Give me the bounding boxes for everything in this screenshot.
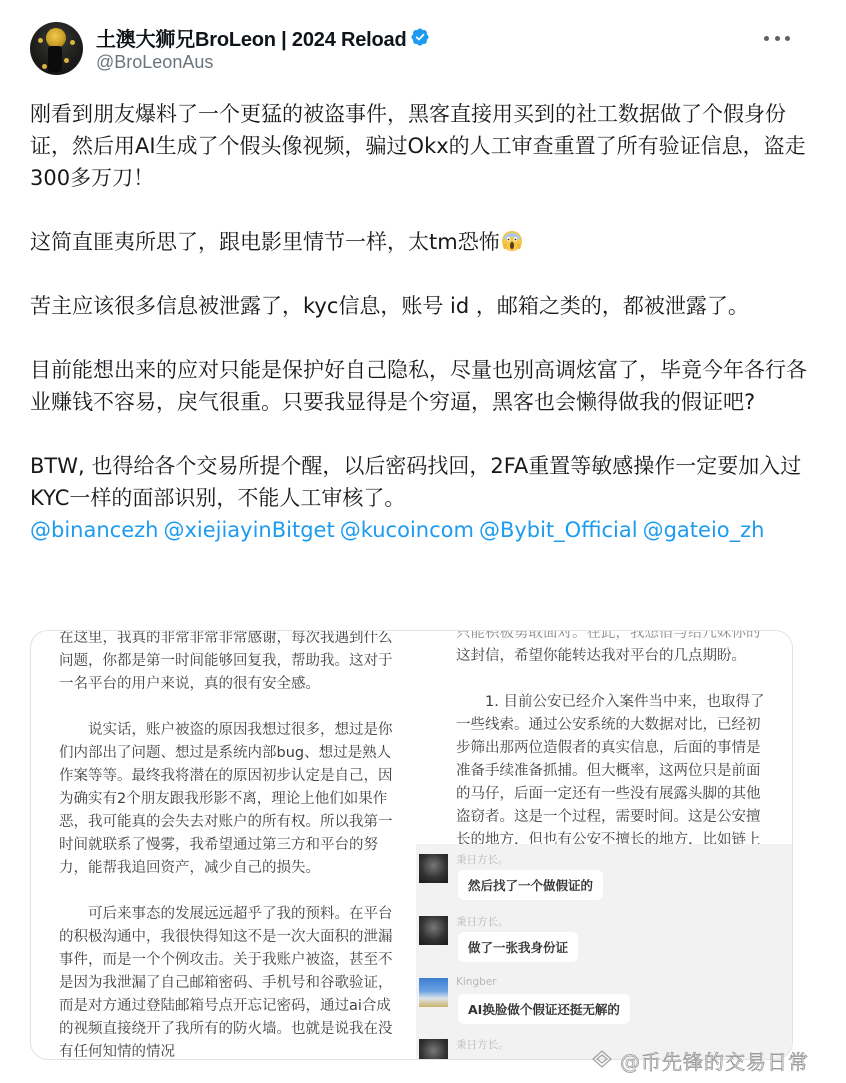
mention-link[interactable]: @kucoincom [340, 518, 474, 542]
lion-head-icon [46, 28, 66, 48]
letter-paragraph: 这封信，希望你能转达我对平台的几点期盼。 [456, 645, 771, 668]
letter-paragraph: 可后来事态的发展远远超乎了我的预料。在平台的积极沟通中，我很快得知这不是一次大面… [59, 903, 399, 1060]
chat-sender: 秉日方长。 [456, 852, 509, 867]
letter-screenshot-left: 在这里，我真的非常非常非常感谢，每次我遇到什么问题，你都是第一时间能够回复我，帮… [59, 630, 399, 1060]
mention-link[interactable]: @Bybit_Official [479, 518, 638, 542]
watermark-text: @币先锋的交易日常 [620, 1046, 809, 1075]
attached-image[interactable]: 在这里，我真的非常非常非常感谢，每次我遇到什么问题，你都是第一时间能够回复我，帮… [30, 630, 793, 1060]
tweet-paragraph: 目前能想出来的应对只能是保护好自己隐私，尽量也别高调炫富了，毕竟今年各行各业赚钱… [30, 354, 810, 418]
mention-link[interactable]: @xiejiayinBitget [163, 518, 334, 542]
tweet-text: 刚看到朋友爆料了一个更猛的被盗事件，黑客直接用买到的社工数据做了个假身份证，然后… [30, 98, 810, 546]
ellipsis-icon [764, 36, 769, 41]
author-name-row: 土澳大狮兄BroLeon | 2024 Reload [96, 24, 430, 50]
tweet-header: 土澳大狮兄BroLeon | 2024 Reload @BroLeonAus [30, 22, 820, 78]
letter-paragraph: 在这里，我真的非常非常非常感谢，每次我遇到什么问题，你都是第一时间能够回复我，帮… [59, 630, 399, 696]
mention-link[interactable]: @gateio_zh [643, 518, 765, 542]
chat-bubble: 然后找了一个做假证的 [458, 870, 603, 900]
chat-avatar [419, 1039, 448, 1060]
mention-link[interactable]: @binancezh [30, 518, 158, 542]
author-avatar[interactable] [30, 22, 83, 75]
chat-sender: 秉日方长。 [456, 914, 509, 929]
ellipsis-icon [775, 36, 780, 41]
tweet-paragraph-text: 这简直匪夷所思了，跟电影里情节一样，太tm恐怖 [30, 230, 500, 254]
author-display-name[interactable]: 土澳大狮兄BroLeon | 2024 Reload [96, 23, 406, 52]
tweet-paragraph: 苦主应该很多信息被泄露了，kyc信息，账号 id ，邮箱之类的，都被泄露了。 [30, 290, 810, 322]
avatar-decoration [64, 58, 69, 63]
chat-sender: Kingber [456, 976, 497, 988]
letter-paragraph: 说实话，账户被盗的原因我想过很多，想过是你们内部出了问题、想过是系统内部bug、… [59, 719, 399, 880]
face-screaming-in-fear-icon [501, 230, 523, 252]
avatar-decoration [42, 64, 47, 69]
letter-partial-line: 只能积极勇敢面对。在此，我想借与给几妹你的 [456, 630, 771, 645]
chat-avatar [419, 916, 448, 945]
more-options-button[interactable] [764, 32, 790, 44]
mentions-row: @binancezh@xiejiayinBitget@kucoincom@Byb… [30, 514, 810, 546]
verified-badge-icon [410, 27, 430, 47]
chat-sender: 秉日方长。 [456, 1037, 509, 1052]
author-handle[interactable]: @BroLeonAus [96, 52, 213, 73]
chat-bubble: AI换脸做个假证还挺无解的 [458, 994, 630, 1024]
avatar-decoration [70, 40, 75, 45]
avatar-decoration [38, 38, 43, 43]
tweet-paragraph: BTW, 也得给各个交易所提个醒，以后密码找回，2FA重置等敏感操作一定要加入过… [30, 450, 810, 514]
chat-bubble: 做了一张我身份证 [458, 932, 578, 962]
chat-screenshot: 秉日方长。 然后找了一个做假证的 秉日方长。 做了一张我身份证 Kingber … [416, 844, 793, 1060]
diamond-logo-icon [590, 1048, 614, 1072]
watermark: @币先锋的交易日常 [590, 1045, 809, 1075]
tweet-paragraph: 这简直匪夷所思了，跟电影里情节一样，太tm恐怖 [30, 226, 810, 258]
chat-avatar [419, 854, 448, 883]
ellipsis-icon [785, 36, 790, 41]
tweet-paragraph: 刚看到朋友爆料了一个更猛的被盗事件，黑客直接用买到的社工数据做了个假身份证，然后… [30, 98, 810, 194]
chat-avatar [419, 978, 448, 1007]
avatar-figure [48, 46, 62, 72]
